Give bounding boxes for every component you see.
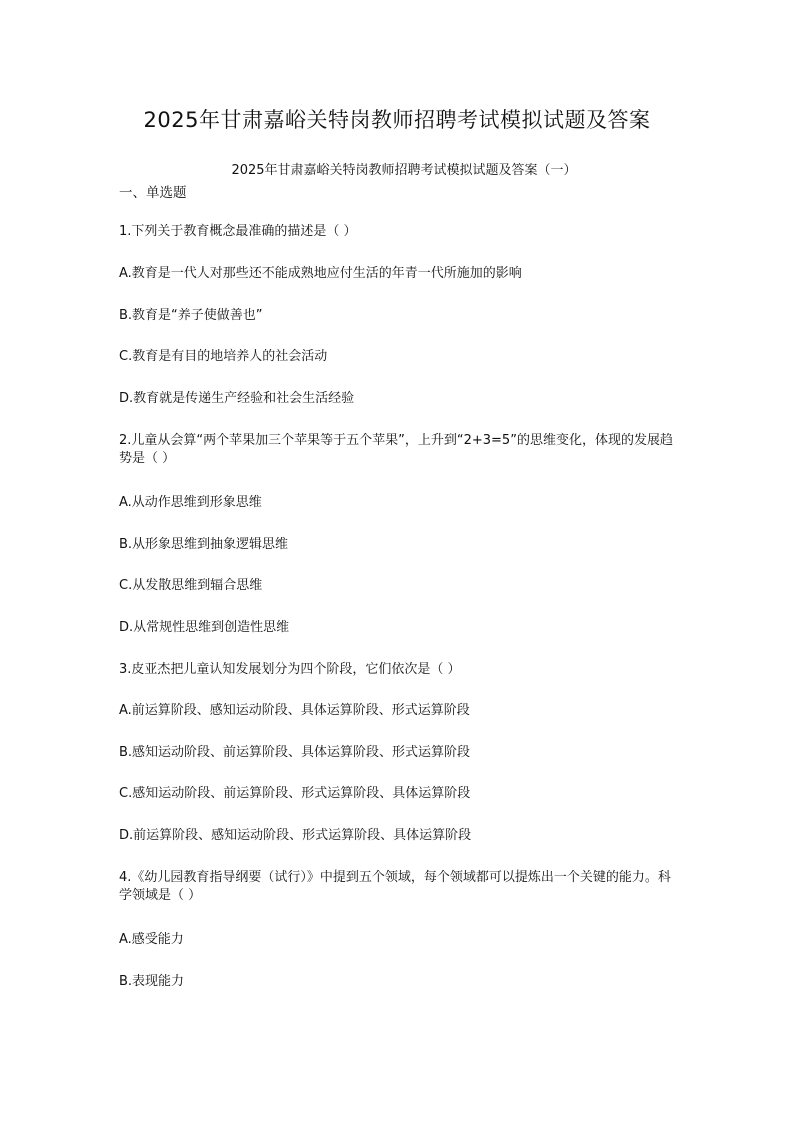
document-subtitle: 2025年甘肃嘉峪关特岗教师招聘考试模拟试题及答案（一） [0, 159, 794, 178]
question-option: A.从动作思维到形象思维 [119, 494, 262, 512]
question-option: B.感知运动阶段、前运算阶段、具体运算阶段、形式运算阶段 [119, 744, 470, 762]
question-stem: 4.《幼儿园教育指导纲要（试行）》中提到五个领域，每个领域都可以提炼出一个关键的… [119, 869, 679, 905]
question-option: C.感知运动阶段、前运算阶段、形式运算阶段、具体运算阶段 [119, 785, 470, 803]
document-title: 2025年甘肃嘉峪关特岗教师招聘考试模拟试题及答案 [0, 104, 794, 134]
question-option: D.教育就是传递生产经验和社会生活经验 [119, 390, 354, 408]
question-option: B.表现能力 [119, 973, 184, 991]
question-option: B.从形象思维到抽象逻辑思维 [119, 536, 288, 554]
document-page: 2025年甘肃嘉峪关特岗教师招聘考试模拟试题及答案 2025年甘肃嘉峪关特岗教师… [0, 0, 794, 1123]
question-option: B.教育是“养子使做善也” [119, 307, 263, 325]
question-option: A.感受能力 [119, 931, 184, 949]
question-option: C.从发散思维到辐合思维 [119, 577, 262, 595]
question-option: D.从常规性思维到创造性思维 [119, 619, 289, 637]
question-option: D.前运算阶段、感知运动阶段、形式运算阶段、具体运算阶段 [119, 827, 471, 845]
question-stem: 1.下列关于教育概念最准确的描述是（ ） [119, 223, 357, 241]
question-option: A.教育是一代人对那些还不能成熟地应付生活的年青一代所施加的影响 [119, 265, 522, 283]
question-stem: 3.皮亚杰把儿童认知发展划分为四个阶段，它们依次是（ ） [119, 661, 461, 679]
question-option: C.教育是有目的地培养人的社会活动 [119, 348, 327, 366]
question-stem: 2.儿童从会算“两个苹果加三个苹果等于五个苹果”，上升到“2+3=5”的思维变化… [119, 432, 679, 468]
question-option: A.前运算阶段、感知运动阶段、具体运算阶段、形式运算阶段 [119, 702, 470, 720]
section-heading: 一、单选题 [119, 181, 187, 201]
